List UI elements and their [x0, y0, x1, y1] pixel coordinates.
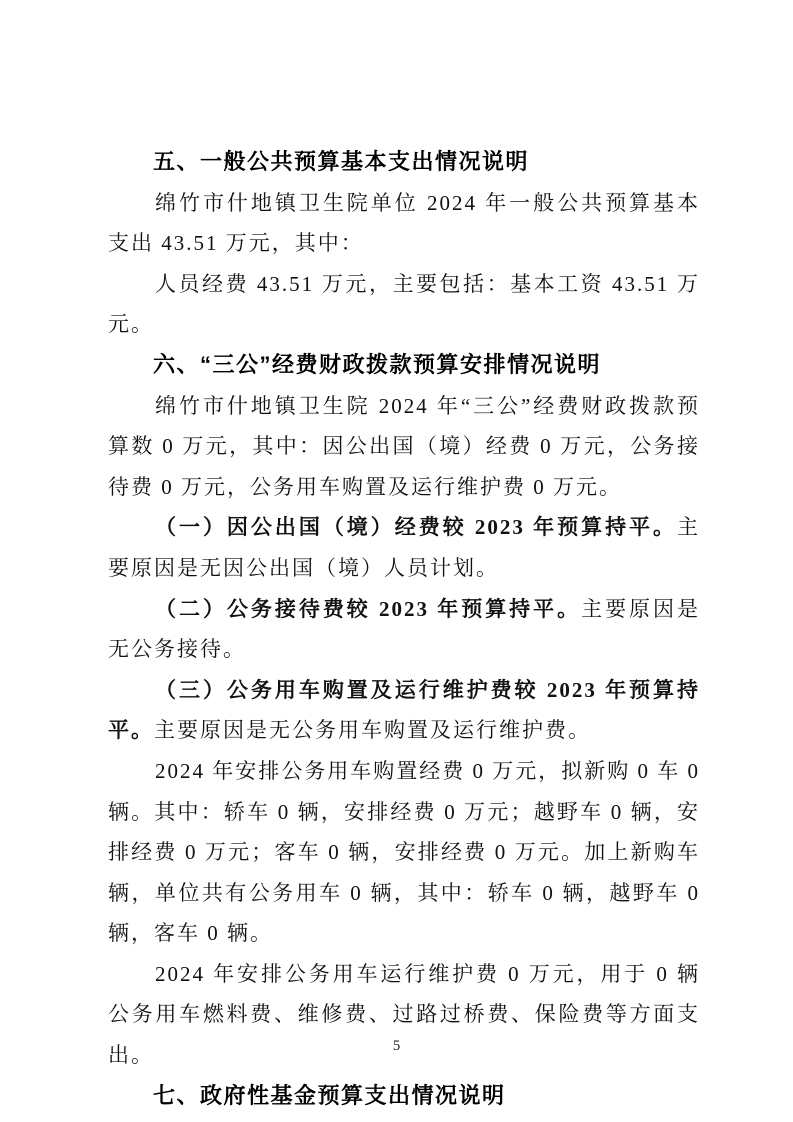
paragraph-vehicle-maintenance-detail: 2024 年安排公务用车运行维护费 0 万元，用于 0 辆公务用车燃料费、维修费…	[108, 954, 700, 1076]
paragraph-three-public-budget: 绵竹市什地镇卫生院 2024 年“三公”经费财政拨款预算数 0 万元，其中：因公…	[108, 386, 700, 508]
document-page: 五、一般公共预算基本支出情况说明 绵竹市什地镇卫生院单位 2024 年一般公共预…	[0, 0, 793, 1122]
paragraph-basic-expenditure-intro: 绵竹市什地镇卫生院单位 2024 年一般公共预算基本支出 43.51 万元，其中…	[108, 183, 700, 264]
document-body: 五、一般公共预算基本支出情况说明 绵竹市什地镇卫生院单位 2024 年一般公共预…	[108, 142, 700, 1116]
page-number: 5	[0, 1036, 793, 1056]
paragraph-personnel-funds: 人员经费 43.51 万元，主要包括：基本工资 43.51 万元。	[108, 264, 700, 345]
paragraph-reception-expense-lead: （二）公务接待费较 2023 年预算持平。	[155, 597, 581, 621]
paragraph-reception-expense: （二）公务接待费较 2023 年预算持平。主要原因是无公务接待。	[108, 589, 700, 670]
section-heading-7: 七、政府性基金预算支出情况说明	[108, 1076, 700, 1117]
section-heading-5: 五、一般公共预算基本支出情况说明	[108, 142, 700, 183]
paragraph-vehicle-expense-text: 主要原因是无公务用车购置及运行维护费。	[154, 718, 591, 742]
paragraph-abroad-expense: （一）因公出国（境）经费较 2023 年预算持平。主要原因是无因公出国（境）人员…	[108, 507, 700, 588]
paragraph-vehicle-purchase-detail: 2024 年安排公务用车购置经费 0 万元，拟新购 0 车 0 辆。其中：轿车 …	[108, 751, 700, 954]
paragraph-vehicle-expense: （三）公务用车购置及运行维护费较 2023 年预算持平。主要原因是无公务用车购置…	[108, 670, 700, 751]
section-heading-6: 六、“三公”经费财政拨款预算安排情况说明	[108, 345, 700, 386]
paragraph-abroad-expense-lead: （一）因公出国（境）经费较 2023 年预算持平。	[155, 515, 677, 539]
